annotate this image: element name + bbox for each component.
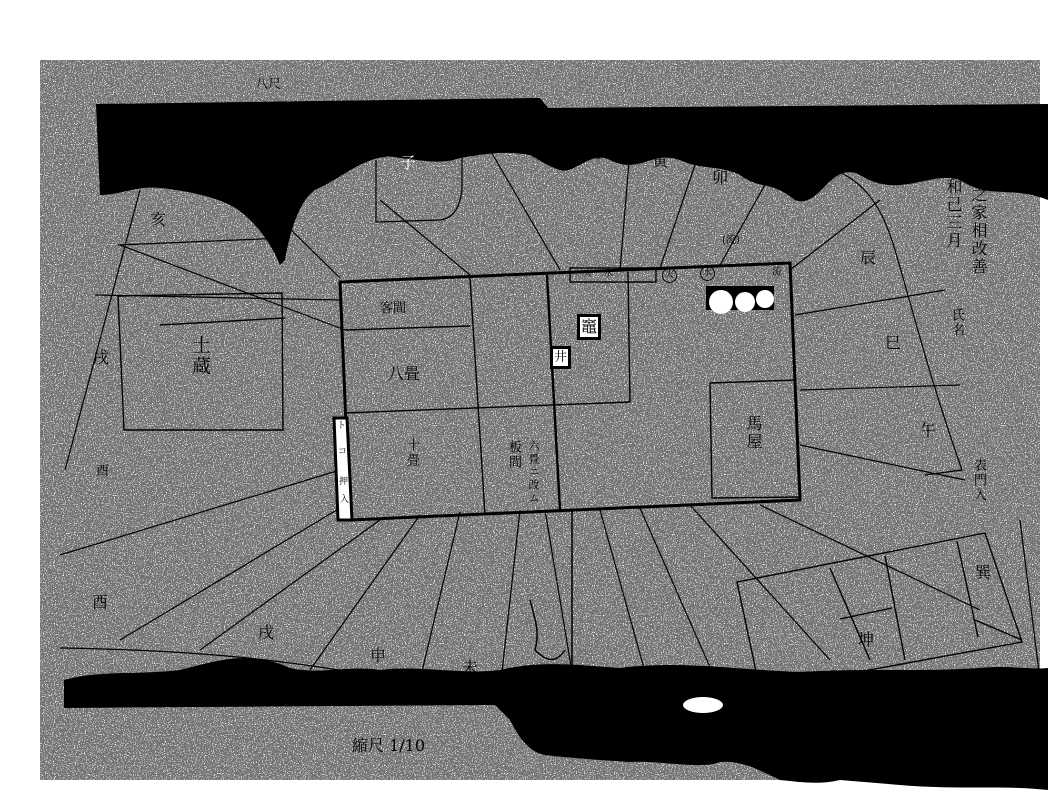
direction-label: 巽 bbox=[975, 565, 991, 581]
kitchen-circle-mark-1: 火 bbox=[662, 268, 677, 283]
kitchen-tag-fire: 火 bbox=[583, 270, 592, 279]
entry-strip-4: 入 bbox=[340, 496, 349, 505]
direction-label: 亥 bbox=[150, 212, 166, 228]
hearth-stove-icon bbox=[706, 286, 774, 314]
direction-label: 坤 bbox=[858, 632, 874, 648]
direction-label: 辰 bbox=[860, 250, 876, 266]
direction-label: 酉 bbox=[92, 595, 108, 611]
direction-label: 巳 bbox=[885, 335, 901, 351]
room-board-note: 六畳ニ改ム bbox=[528, 440, 539, 505]
house-plan-drawing bbox=[0, 0, 1048, 811]
direction-label: 卯 bbox=[712, 170, 728, 186]
front-gate-label: 表門入 bbox=[972, 458, 985, 503]
entry-strip-3: 押 bbox=[339, 478, 348, 487]
bottom-band-light-patch bbox=[683, 697, 723, 713]
direction-label: 寅 bbox=[652, 153, 668, 169]
well-label: 井 bbox=[550, 346, 571, 369]
entry-strip-2: コ bbox=[338, 448, 347, 457]
author-mark: 氏名 bbox=[950, 308, 963, 338]
kitchen-tag-water: 水 bbox=[604, 270, 613, 279]
room-guest-label: 客間 bbox=[380, 302, 406, 315]
kitchen-circle-mark-2: 水 bbox=[700, 266, 715, 281]
room-eight-mat-label: 八畳 bbox=[388, 366, 420, 382]
document-date: 昭和己三月 bbox=[945, 160, 961, 250]
room-board-label: 板間 bbox=[507, 440, 520, 470]
storehouse-label: 土蔵 bbox=[190, 335, 209, 377]
annex-tag-label: (流) bbox=[722, 236, 740, 246]
direction-label: 子 bbox=[400, 155, 416, 171]
hearth-label: 竈 bbox=[577, 314, 601, 340]
direction-label: 戌 bbox=[258, 625, 274, 641]
direction-label: 午 bbox=[920, 423, 936, 439]
direction-label: 未 bbox=[462, 660, 478, 676]
direction-label: 酉 bbox=[96, 465, 109, 478]
room-ten-mat-label: 十畳 bbox=[405, 438, 418, 468]
entry-strip-1: ト bbox=[337, 422, 346, 431]
stable-label: 馬屋 bbox=[745, 415, 761, 451]
direction-label: 戌 bbox=[93, 350, 109, 366]
direction-label: 申 bbox=[370, 648, 386, 664]
top-margin-note: 八尺 bbox=[255, 78, 281, 91]
direction-label: 丑 bbox=[585, 145, 601, 161]
bath-label: 流 bbox=[772, 268, 782, 278]
document-title: 賀用之家相改善 bbox=[970, 150, 986, 276]
scale-note: 縮尺 1/10 bbox=[352, 738, 425, 754]
